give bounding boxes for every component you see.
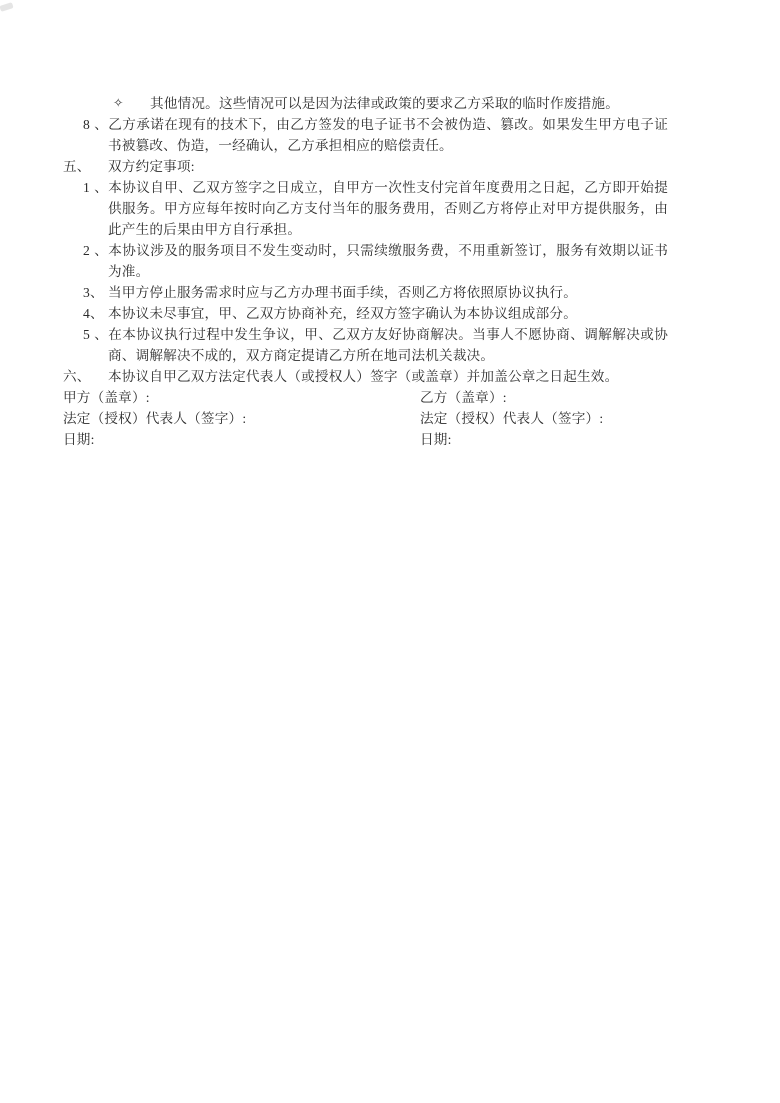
clause-5-line-1: 5、在本协议执行过程中发生争议，甲、乙双方友好协商解决。当事人不愿协商、调解解决… [63, 324, 668, 345]
section-6-heading: 六、本协议自甲乙双方法定代表人（或授权人）签字（或盖章）并加盖公章之日起生效。 [63, 366, 668, 387]
clause-text: 本协议自甲、乙双方签字之日成立，自甲方一次性支付完首年度费用之日起，乙方即开始提 [108, 180, 668, 195]
section-number: 六、 [63, 366, 108, 387]
clause-text: 此产生的后果由甲方自行承担。 [108, 222, 301, 237]
scan-artifact-mark [0, 2, 14, 12]
clause-text: 为准。 [108, 264, 149, 279]
party-a-representative-label: 法定（授权）代表人（签字）: [63, 408, 420, 429]
clause-text: 书被篡改、伪造，一经确认，乙方承担相应的赔偿责任。 [108, 138, 453, 153]
bullet-text: 其他情况。这些情况可以是因为法律或政策的要求乙方采取的临时作废措施。 [150, 96, 619, 111]
clause-text: 在本协议执行过程中发生争议，甲、乙双方友好协商解决。当事人不愿协商、调解解决或协 [108, 327, 668, 342]
party-a-date-label: 日期: [63, 429, 420, 450]
clause-text: 本协议未尽事宜，甲、乙双方协商补充，经双方签字确认为本协议组成部分。 [108, 306, 577, 321]
clause-text: 供服务。甲方应每年按时向乙方支付当年的服务费用，否则乙方将停止对甲方提供服务，由 [108, 201, 668, 216]
clause-2-line-2: 为准。 [63, 261, 668, 282]
party-b-seal-label: 乙方（盖章）: [420, 387, 668, 408]
party-b-date-label: 日期: [420, 429, 668, 450]
four-pointed-star-bullet-icon: ✧ [113, 93, 150, 114]
list-marker-4: 4、 [83, 303, 108, 324]
clause-3-line: 3、当甲方停止服务需求时应与乙方办理书面手续，否则乙方将依照原协议执行。 [63, 282, 668, 303]
section-number: 五、 [63, 156, 108, 177]
list-marker-2: 2、 [83, 240, 108, 261]
clause-text: 商、调解解决不成的，双方商定提请乙方所在地司法机关裁决。 [108, 348, 494, 363]
signature-row-representative: 法定（授权）代表人（签字）: 法定（授权）代表人（签字）: [63, 408, 668, 429]
party-b-representative-label: 法定（授权）代表人（签字）: [420, 408, 668, 429]
bullet-line-other-cases: ✧其他情况。这些情况可以是因为法律或政策的要求乙方采取的临时作废措施。 [63, 93, 668, 114]
clause-text: 乙方承诺在现有的技术下，由乙方签发的电子证书不会被伪造、篡改。如果发生甲方电子证 [108, 117, 668, 132]
signature-row-seal: 甲方（盖章）: 乙方（盖章）: [63, 387, 668, 408]
clause-8-line-1: 8、乙方承诺在现有的技术下，由乙方签发的电子证书不会被伪造、篡改。如果发生甲方电… [63, 114, 668, 135]
list-marker-5: 5、 [83, 324, 108, 345]
clause-2-line-1: 2、本协议涉及的服务项目不发生变动时，只需续缴服务费，不用重新签订，服务有效期以… [63, 240, 668, 261]
clause-text: 本协议涉及的服务项目不发生变动时，只需续缴服务费，不用重新签订，服务有效期以证书 [108, 243, 668, 258]
party-a-seal-label: 甲方（盖章）: [63, 387, 420, 408]
signature-row-date: 日期: 日期: [63, 429, 668, 450]
list-marker-1: 1、 [83, 177, 108, 198]
section-title: 双方约定事项: [108, 159, 195, 174]
clause-8-line-2: 书被篡改、伪造，一经确认，乙方承担相应的赔偿责任。 [63, 135, 668, 156]
list-marker-3: 3、 [83, 282, 108, 303]
clause-text: 当甲方停止服务需求时应与乙方办理书面手续，否则乙方将依照原协议执行。 [108, 285, 577, 300]
clause-1-line-3: 此产生的后果由甲方自行承担。 [63, 219, 668, 240]
section-title: 本协议自甲乙双方法定代表人（或授权人）签字（或盖章）并加盖公章之日起生效。 [108, 369, 618, 384]
clause-5-line-2: 商、调解解决不成的，双方商定提请乙方所在地司法机关裁决。 [63, 345, 668, 366]
clause-4-line: 4、本协议未尽事宜，甲、乙双方协商补充，经双方签字确认为本协议组成部分。 [63, 303, 668, 324]
clause-1-line-2: 供服务。甲方应每年按时向乙方支付当年的服务费用，否则乙方将停止对甲方提供服务，由 [63, 198, 668, 219]
clause-1-line-1: 1、本协议自甲、乙双方签字之日成立，自甲方一次性支付完首年度费用之日起，乙方即开… [63, 177, 668, 198]
section-5-heading: 五、双方约定事项: [63, 156, 668, 177]
contract-document-page: ✧其他情况。这些情况可以是因为法律或政策的要求乙方采取的临时作废措施。 8、乙方… [63, 93, 668, 450]
list-marker-8: 8、 [83, 114, 108, 135]
